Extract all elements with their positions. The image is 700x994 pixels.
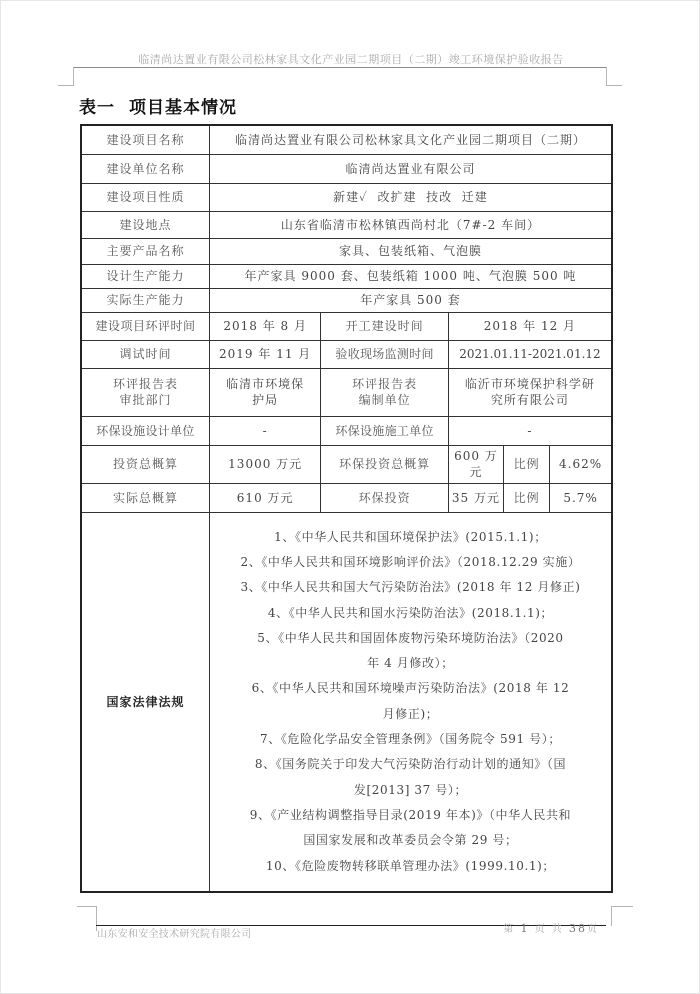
label-total-investment: 投资总概算 [81, 445, 209, 483]
label-actual-capacity: 实际生产能力 [81, 288, 209, 312]
value-ratio: 4.62% [550, 445, 612, 483]
value-eia-approval-dept: 临清市环境保 护局 [209, 368, 320, 416]
value-actual-capacity: 年产家具 500 套 [209, 288, 612, 312]
law-item: 3、《中华人民共和国大气污染防治法》(2018 年 12 月修正) [212, 575, 609, 600]
label-env-investment: 环保投资 [321, 483, 448, 512]
value-line: 护局 [212, 392, 318, 408]
table-row: 实际生产能力 年产家具 500 套 [81, 288, 612, 312]
law-item: 8、《国务院关于印发大气污染防治行动计划的通知》（国 [212, 752, 609, 777]
table-row: 建设地点 山东省临清市松林镇西尚村北（7#-2 车间） [81, 211, 612, 238]
project-info-table: 建设项目名称 临清尚达置业有限公司松林家具文化产业园二期项目（二期） 建设单位名… [80, 124, 613, 893]
value-project-name: 临清尚达置业有限公司松林家具文化产业园二期项目（二期） [209, 125, 612, 154]
value-ratio: 5.7% [550, 483, 612, 512]
value-eia-compiler: 临沂市环境保护科学研 究所有限公司 [448, 368, 612, 416]
law-item: 国国家发展和改革委员会令第 29 号； [212, 828, 609, 853]
page-prefix: 第 [503, 924, 515, 935]
label-project-name: 建设项目名称 [81, 125, 209, 154]
section-number: 表一 [79, 98, 115, 118]
document-page: 临清尚达置业有限公司松林家具文化产业园二期项目（二期）竣工环境保护验收报告 表一… [0, 0, 700, 994]
page-total: 38 [569, 922, 587, 935]
value-nature: 新建✓ 改扩建 技改 迁建 [209, 183, 612, 211]
value-products: 家具、包装纸箱、气泡膜 [209, 238, 612, 264]
page-mid: 页 共 [535, 924, 564, 935]
law-item: 发[2013] 37 号）； [212, 778, 609, 803]
table-row: 建设项目性质 新建✓ 改扩建 技改 迁建 [81, 183, 612, 211]
value-facility-construction-unit: - [448, 416, 612, 445]
footer-corner-mark-right [611, 906, 612, 926]
label-facility-construction-unit: 环保设施施工单位 [321, 416, 448, 445]
label-ratio: 比例 [504, 445, 550, 483]
header-corner-mark-left-h [58, 85, 74, 86]
label-eia-approval-dept: 环评报告表 审批部门 [81, 368, 209, 416]
label-ratio: 比例 [504, 483, 550, 512]
value-debug-time: 2019 年 11 月 [209, 340, 320, 368]
label-national-laws: 国家法律法规 [81, 512, 209, 892]
laws-list: 1、《中华人民共和国环境保护法》(2015.1.1)； 2、《中华人民共和国环境… [209, 512, 612, 892]
law-item: 1、《中华人民共和国环境保护法》(2015.1.1)； [212, 525, 609, 550]
table-row: 调试时间 2019 年 11 月 验收现场监测时间 2021.01.11-202… [81, 340, 612, 368]
label-env-investment-estimate: 环保投资总概算 [321, 445, 448, 483]
label-monitor-time: 验收现场监测时间 [321, 340, 448, 368]
section-heading: 项目基本情况 [129, 98, 237, 118]
label-location: 建设地点 [81, 211, 209, 238]
footer-corner-mark-left-h [77, 906, 96, 907]
table-row: 实际总概算 610 万元 环保投资 35 万元 比例 5.7% [81, 483, 612, 512]
table-row: 投资总概算 13000 万元 环保投资总概算 600 万 元 比例 4.62% [81, 445, 612, 483]
value-start-time: 2018 年 12 月 [448, 312, 612, 340]
law-item: 年 4 月修改）； [212, 651, 609, 676]
value-line: 元 [451, 464, 501, 480]
value-env-investment-estimate: 600 万 元 [448, 445, 503, 483]
page-number: 第 1 页 共 38页 [503, 920, 599, 935]
label-products: 主要产品名称 [81, 238, 209, 264]
value-line: 临清市环境保 [212, 376, 318, 392]
law-item: 7、《危险化学品安全管理条例》（国务院令 591 号）； [212, 727, 609, 752]
value-line: 临沂市环境保护科学研 [451, 376, 609, 392]
running-header: 临清尚达置业有限公司松林家具文化产业园二期项目（二期）竣工环境保护验收报告 [1, 51, 700, 67]
label-design-capacity: 设计生产能力 [81, 264, 209, 288]
label-line: 编制单位 [323, 392, 445, 408]
header-corner-mark-right [606, 67, 607, 85]
label-line: 环评报告表 [84, 376, 207, 392]
table-row: 环评报告表 审批部门 临清市环境保 护局 环评报告表 编制单位 临沂市环境保护科… [81, 368, 612, 416]
value-actual-investment: 610 万元 [209, 483, 320, 512]
label-line: 审批部门 [84, 392, 207, 408]
label-actual-investment: 实际总概算 [81, 483, 209, 512]
value-env-investment: 35 万元 [448, 483, 503, 512]
table-row: 建设项目环评时间 2018 年 8 月 开工建设时间 2018 年 12 月 [81, 312, 612, 340]
label-nature: 建设项目性质 [81, 183, 209, 211]
value-line: 600 万 [451, 448, 501, 464]
law-item: 4、《中华人民共和国水污染防治法》(2018.1.1)； [212, 601, 609, 626]
label-eia-time: 建设项目环评时间 [81, 312, 209, 340]
label-eia-compiler: 环评报告表 编制单位 [321, 368, 448, 416]
table-row: 主要产品名称 家具、包装纸箱、气泡膜 [81, 238, 612, 264]
label-facility-design-unit: 环保设施设计单位 [81, 416, 209, 445]
value-total-investment: 13000 万元 [209, 445, 320, 483]
label-debug-time: 调试时间 [81, 340, 209, 368]
law-item: 5、《中华人民共和国固体废物污染环境防治法》（2020 [212, 626, 609, 651]
value-facility-design-unit: - [209, 416, 320, 445]
value-line: 究所有限公司 [451, 392, 609, 408]
table-row: 国家法律法规 1、《中华人民共和国环境保护法》(2015.1.1)； 2、《中华… [81, 512, 612, 892]
label-unit-name: 建设单位名称 [81, 154, 209, 183]
header-corner-mark-right-h [606, 85, 622, 86]
value-eia-time: 2018 年 8 月 [209, 312, 320, 340]
table-row: 建设项目名称 临清尚达置业有限公司松林家具文化产业园二期项目（二期） [81, 125, 612, 154]
header-corner-mark-left [73, 67, 74, 85]
law-item: 2、《中华人民共和国环境影响评价法》（2018.12.29 实施） [212, 550, 609, 575]
value-monitor-time: 2021.01.11-2021.01.12 [448, 340, 612, 368]
page-current: 1 [520, 922, 529, 935]
value-location: 山东省临清市松林镇西尚村北（7#-2 车间） [209, 211, 612, 238]
table-row: 设计生产能力 年产家具 9000 套、包装纸箱 1000 吨、气泡膜 500 吨 [81, 264, 612, 288]
label-start-time: 开工建设时间 [321, 312, 448, 340]
label-line: 环评报告表 [323, 376, 445, 392]
value-design-capacity: 年产家具 9000 套、包装纸箱 1000 吨、气泡膜 500 吨 [209, 264, 612, 288]
law-item: 6、《中华人民共和国环境噪声污染防治法》(2018 年 12 [212, 676, 609, 701]
law-item: 月修正)； [212, 702, 609, 727]
table-row: 建设单位名称 临清尚达置业有限公司 [81, 154, 612, 183]
footer-company: 山东安和安全技术研究院有限公司 [97, 925, 252, 940]
table-row: 环保设施设计单位 - 环保设施施工单位 - [81, 416, 612, 445]
value-unit-name: 临清尚达置业有限公司 [209, 154, 612, 183]
page-suffix: 页 [587, 924, 599, 935]
law-item: 9、《产业结构调整指导目录(2019 年本)》（中华人民共和 [212, 803, 609, 828]
header-rule [73, 67, 606, 68]
footer-corner-mark-right-h [611, 906, 633, 907]
section-title: 表一项目基本情况 [79, 93, 237, 118]
law-item: 10、《危险废物转移联单管理办法》(1999.10.1)； [212, 854, 609, 879]
